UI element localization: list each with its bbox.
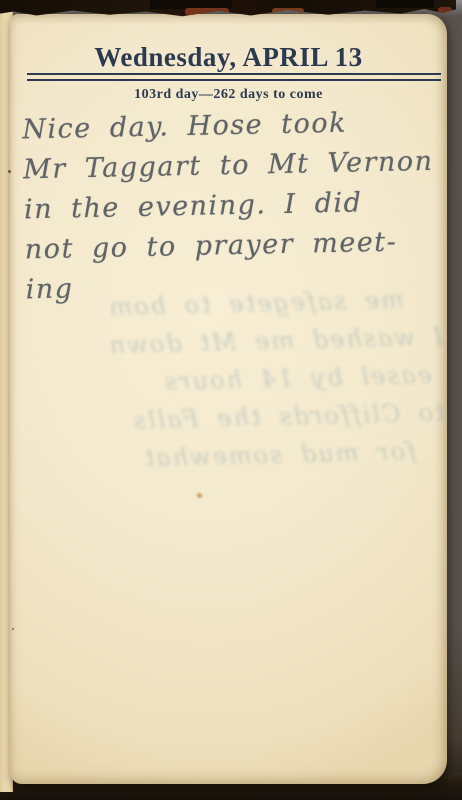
binding-rust-mark	[438, 7, 452, 15]
handwritten-entry: Nice day. Hose took Mr Taggart to Mt Ver…	[22, 102, 446, 311]
paper-speck	[8, 170, 11, 173]
diary-page: Wednesday, APRIL 13 103rd day—262 days t…	[10, 14, 447, 784]
date-heading: Wednesday, APRIL 13	[10, 42, 447, 73]
paper-speck	[12, 628, 14, 630]
bleed-through-text: me safegete to bom I washed me Mt down e…	[18, 279, 447, 480]
double-rule-divider	[27, 73, 441, 81]
binding-wear-mark	[376, 0, 434, 8]
fox-spot-stain	[195, 492, 204, 499]
scanned-diary-photo: Wednesday, APRIL 13 103rd day—262 days t…	[0, 0, 462, 800]
day-count-subtitle: 103rd day—262 days to come	[10, 87, 447, 103]
